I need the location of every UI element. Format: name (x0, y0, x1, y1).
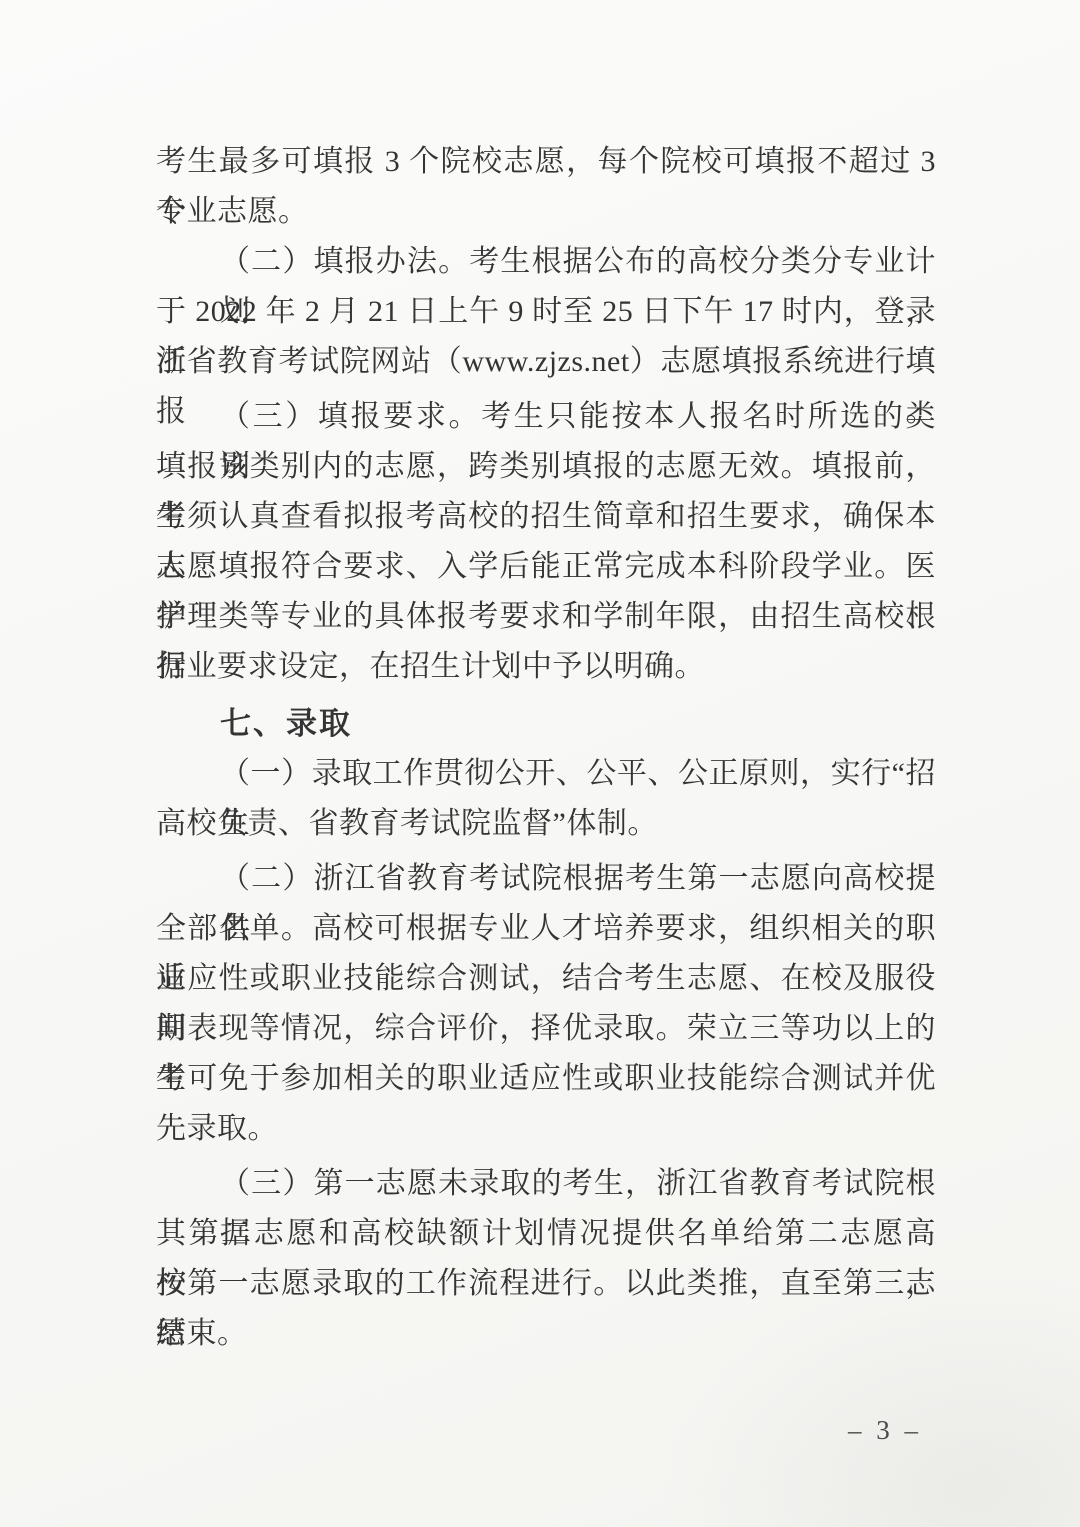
text-line: （二）填报办法。考生根据公布的高校分类分专业计划， (156, 237, 936, 287)
text-line: 于 2022 年 2 月 21 日上午 9 时至 25 日下午 17 时内，登录… (156, 287, 936, 337)
text-line: 行业要求设定，在招生计划中予以明确。 (156, 642, 936, 692)
section-heading: 七、录取 (156, 699, 936, 749)
text-line: 结束。 (156, 1309, 936, 1359)
text-line: 志愿填报符合要求、入学后能正常完成本科阶段学业。医学、 (156, 542, 936, 592)
text-line: 其第二志愿和高校缺额计划情况提供名单给第二志愿高校， (156, 1209, 936, 1259)
text-line: 全部名单。高校可根据专业人才培养要求，组织相关的职业 (156, 904, 936, 954)
text-line: 考生最多可填报 3 个院校志愿，每个院校可填报不超过 3 个 (156, 137, 936, 187)
text-line: （三）第一志愿未录取的考生，浙江省教育考试院根据 (156, 1159, 936, 1209)
text-line: 间表现等情况，综合评价，择优录取。荣立三等功以上的考 (156, 1004, 936, 1054)
document-page: 考生最多可填报 3 个院校志愿，每个院校可填报不超过 3 个 专业志愿。 （二）… (0, 0, 1080, 1527)
text-line: 先录取。 (156, 1104, 936, 1154)
text-line: 专业志愿。 (156, 187, 936, 237)
page-number: – 3 – (848, 1415, 922, 1446)
text-line: （三）填报要求。考生只能按本人报名时所选的类别， (156, 392, 936, 442)
text-line: 适应性或职业技能综合测试，结合考生志愿、在校及服役期 (156, 954, 936, 1004)
text-line: 生可免于参加相关的职业适应性或职业技能综合测试并优 (156, 1054, 936, 1104)
text-line: 护理类等专业的具体报考要求和学制年限，由招生高校根据 (156, 592, 936, 642)
text-line: 江省教育考试院网站（www.zjzs.net）志愿填报系统进行填报。 (156, 337, 936, 387)
text-line: 高校负责、省教育考试院监督”体制。 (156, 799, 936, 849)
text-line: 填报该类别内的志愿，跨类别填报的志愿无效。填报前，考 (156, 442, 936, 492)
text-line: 按第一志愿录取的工作流程进行。以此类推，直至第三志愿 (156, 1259, 936, 1309)
page-body-text: 考生最多可填报 3 个院校志愿，每个院校可填报不超过 3 个 专业志愿。 （二）… (156, 137, 936, 1359)
text-line: （二）浙江省教育考试院根据考生第一志愿向高校提供 (156, 854, 936, 904)
text-line: 生须认真查看拟报考高校的招生简章和招生要求，确保本人 (156, 492, 936, 542)
text-line: （一）录取工作贯彻公开、公平、公正原则，实行“招生 (156, 749, 936, 799)
